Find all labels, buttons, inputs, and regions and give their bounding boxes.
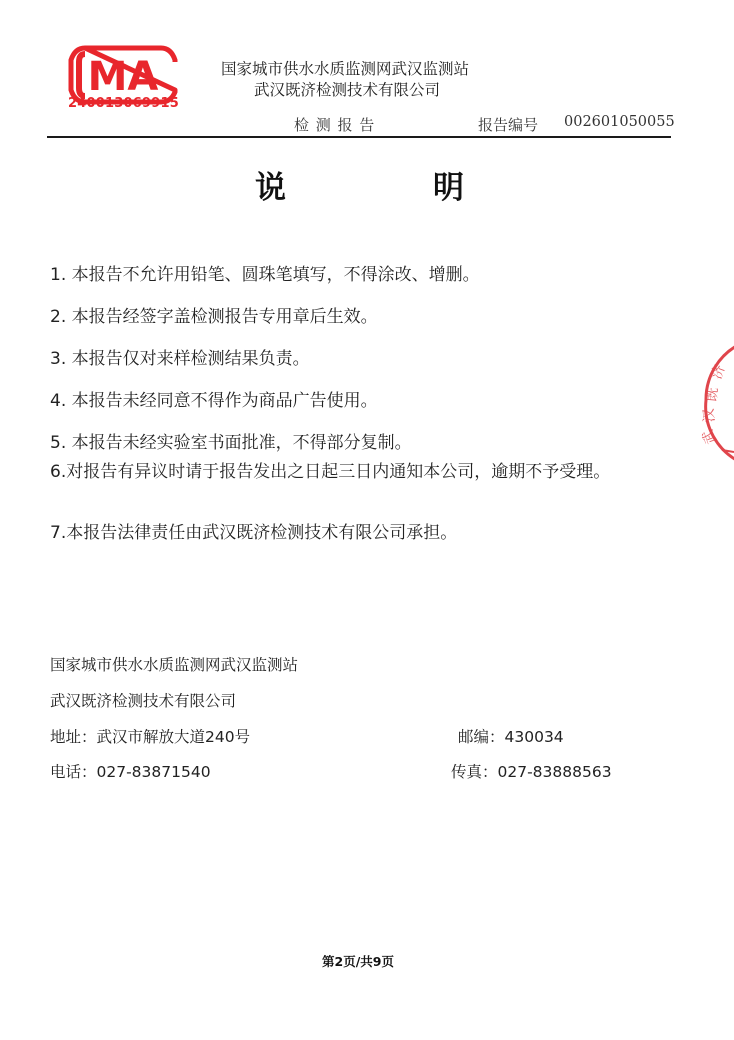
notice-item-4: 4. 本报告未经同意不得作为商品广告使用。 bbox=[50, 386, 378, 411]
cma-certificate-number: 240013069915 bbox=[68, 96, 179, 111]
footer-org-line1: 国家城市供水水质监测网武汉监测站 bbox=[50, 653, 298, 675]
svg-text:汉: 汉 bbox=[701, 408, 718, 423]
svg-text:既: 既 bbox=[704, 387, 721, 402]
notice-item-5: 5. 本报告未经实验室书面批准，不得部分复制。 bbox=[50, 428, 412, 453]
footer-address: 地址：武汉市解放大道240号 bbox=[50, 725, 250, 747]
notice-item-3: 3. 本报告仅对来样检测结果负责。 bbox=[50, 344, 310, 369]
document-type: 检 测 报 告 bbox=[294, 114, 375, 135]
notice-item-2: 2. 本报告经签字盖检测报告专用章后生效。 bbox=[50, 302, 378, 327]
page-title-left: 说 bbox=[255, 162, 286, 207]
footer-phone: 电话：027-83871540 bbox=[50, 760, 211, 782]
page-title-right: 明 bbox=[433, 162, 464, 207]
notice-item-1: 1. 本报告不允许用铅笔、圆珠笔填写，不得涂改、增删。 bbox=[50, 260, 480, 285]
footer-postcode: 邮编：430034 bbox=[458, 725, 564, 747]
footer-fax: 传真：027-83888563 bbox=[451, 760, 612, 782]
notice-item-6: 6.对报告有异议时请于报告发出之日起三日内通知本公司，逾期不予受理。 bbox=[50, 462, 670, 483]
header-org-line1: 国家城市供水水质监测网武汉监测站 bbox=[221, 57, 469, 79]
report-number: 002601050055 bbox=[564, 114, 675, 130]
seal-stamp-icon: 济 既 汉 武 bbox=[700, 340, 734, 470]
svg-text:MA: MA bbox=[88, 54, 159, 100]
report-number-label: 报告编号 bbox=[478, 114, 538, 135]
notice-item-7: 7.本报告法律责任由武汉既济检测技术有限公司承担。 bbox=[50, 518, 457, 543]
header-org-line2: 武汉既济检测技术有限公司 bbox=[254, 78, 440, 100]
footer-org-line2: 武汉既济检测技术有限公司 bbox=[50, 689, 236, 711]
header-divider bbox=[47, 136, 671, 138]
page-indicator: 第2页/共9页 bbox=[322, 952, 394, 970]
